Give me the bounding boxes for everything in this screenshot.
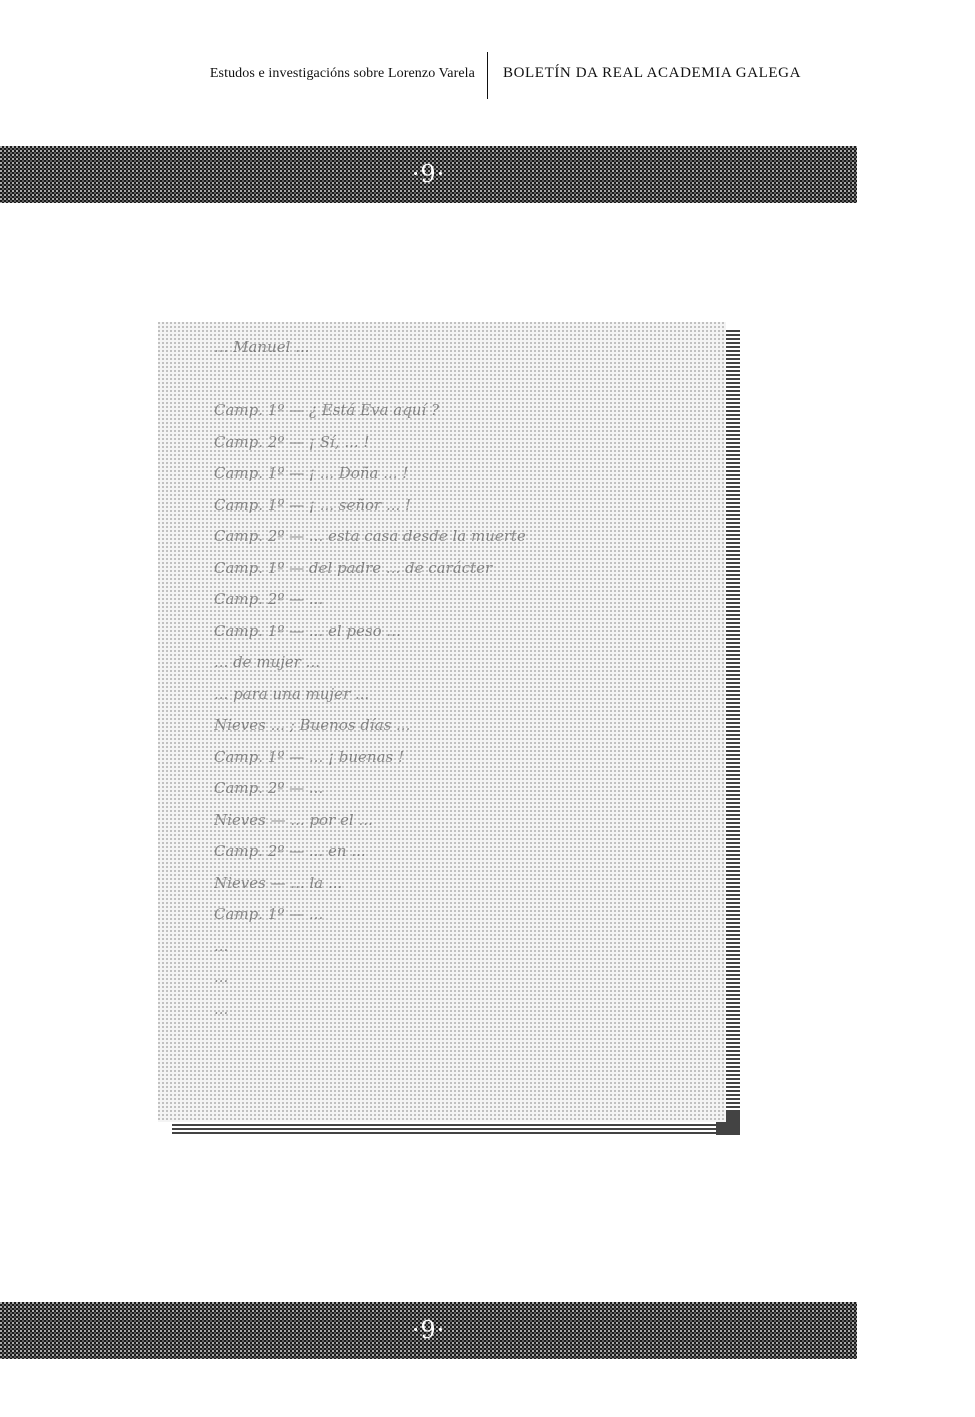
manuscript-line: ... — [214, 994, 714, 1026]
bottom-decorative-band: ·9· — [0, 1302, 857, 1359]
running-head: Estudos e investigacións sobre Lorenzo V… — [0, 52, 975, 100]
top-page-number-mark: ·9· — [0, 160, 857, 188]
bottom-page-number-mark: ·9· — [0, 1316, 857, 1344]
manuscript-line: Camp. 2º — ... esta casa desde la muerte — [214, 521, 714, 553]
manuscript-line — [214, 364, 714, 396]
manuscript-line: Camp. 1º — ... ¡ buenas ! — [214, 742, 714, 774]
manuscript-line: Camp. 2º — ... en ... — [214, 836, 714, 868]
running-head-journal-title: BOLETÍN DA REAL ACADEMIA GALEGA — [503, 65, 801, 82]
manuscript-line: Nieves — ... por el ... — [214, 805, 714, 837]
manuscript-line: Camp. 2º — ¡ Sí, ... ! — [214, 427, 714, 459]
manuscript-line: Nieves — ... la ... — [214, 868, 714, 900]
top-decorative-band: ·9· — [0, 146, 857, 203]
manuscript-line: Camp. 1º — del padre ... de carácter — [214, 553, 714, 585]
manuscript-line: ... Manuel ... — [214, 332, 714, 364]
manuscript-line: ... — [214, 962, 714, 994]
manuscript-line: Nieves ... ; Buenos días ... — [214, 710, 714, 742]
manuscript-image: ... Manuel ... Camp. 1º — ¿ Está Eva aqu… — [158, 322, 726, 1122]
manuscript-line: ... para una mujer ... — [214, 679, 714, 711]
manuscript-line: Camp. 1º — ¿ Está Eva aquí ? — [214, 395, 714, 427]
manuscript-line: Camp. 1º — ... — [214, 899, 714, 931]
manuscript-line: Camp. 2º — ... — [214, 773, 714, 805]
manuscript-line: ... — [214, 931, 714, 963]
running-head-divider — [487, 52, 488, 99]
manuscript-line: Camp. 1º — ¡ ... señor ... ! — [214, 490, 714, 522]
running-head-series-title: Estudos e investigacións sobre Lorenzo V… — [210, 66, 475, 82]
manuscript-line: Camp. 2º — ... — [214, 584, 714, 616]
manuscript-line: Camp. 1º — ... el peso ... — [214, 616, 714, 648]
manuscript-line: ... de mujer ... — [214, 647, 714, 679]
manuscript-line: Camp. 1º — ¡ ... Doña ... ! — [214, 458, 714, 490]
manuscript-handwriting: ... Manuel ... Camp. 1º — ¿ Está Eva aqu… — [214, 332, 714, 1025]
